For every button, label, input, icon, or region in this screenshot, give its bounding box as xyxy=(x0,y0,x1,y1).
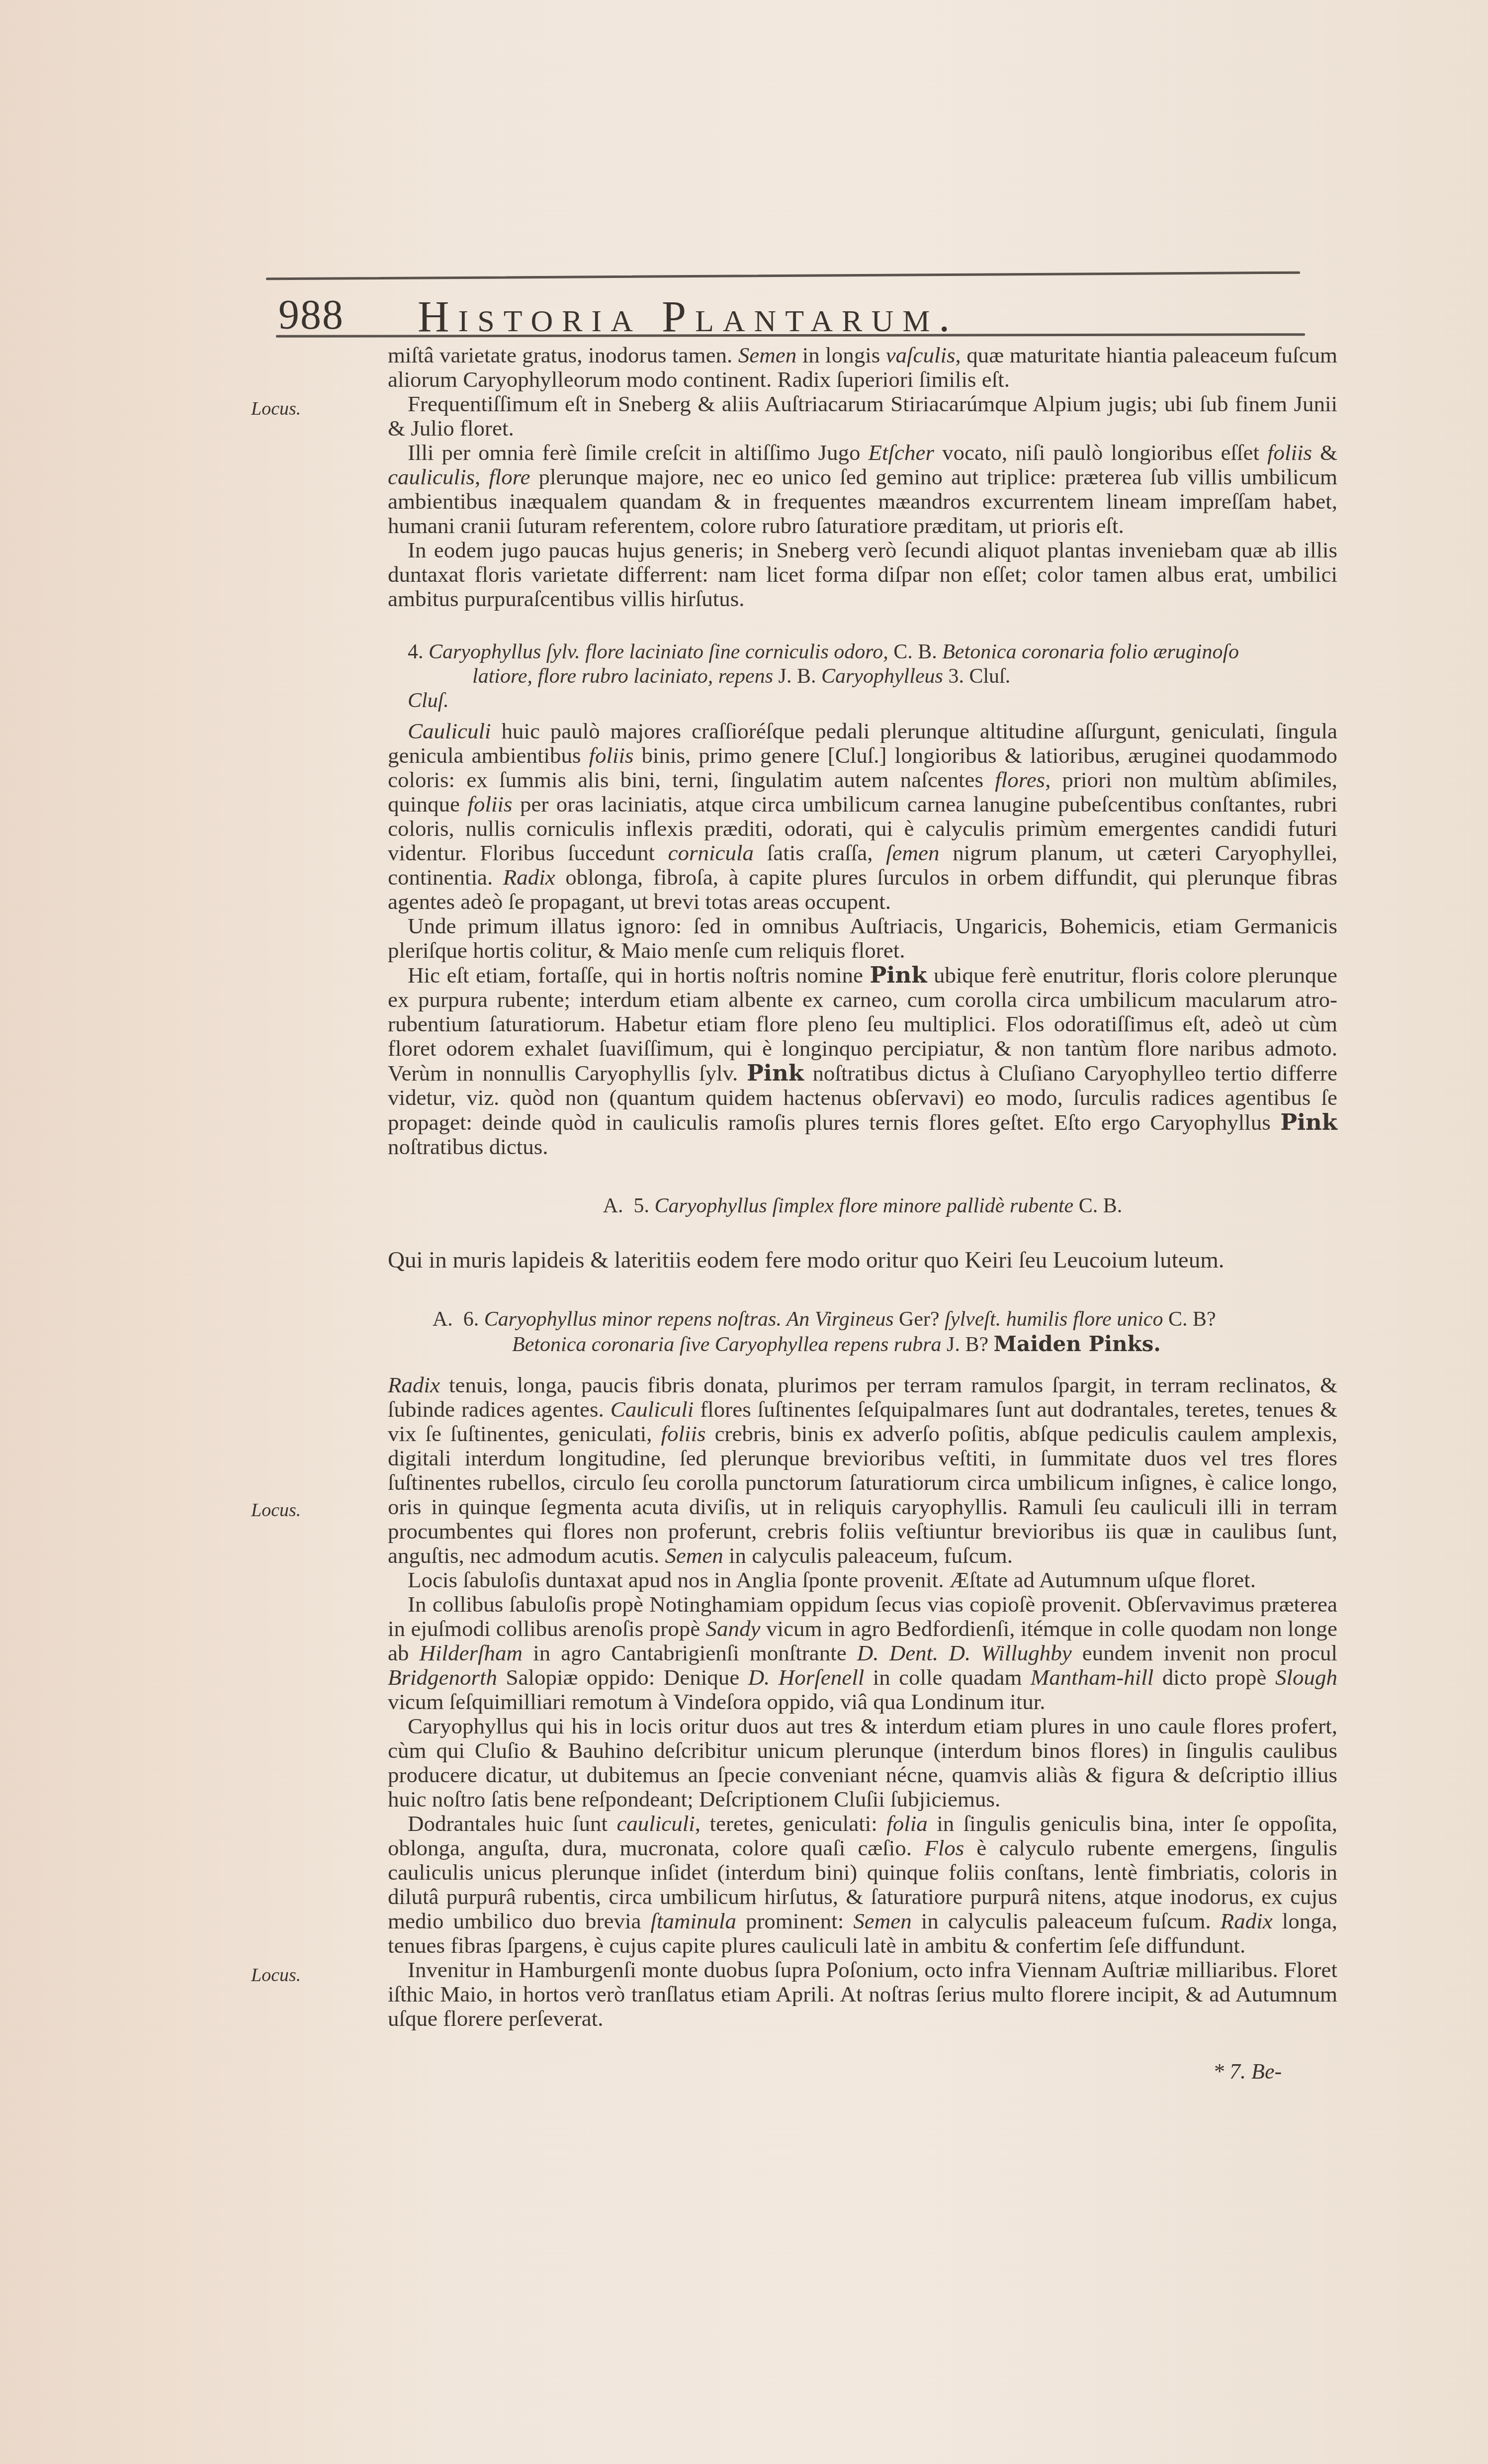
paragraph: In collibus ſabuloſis propè Notinghamiam… xyxy=(388,1592,1337,1714)
paragraph: Dodrantales huic ſunt cauliculi, teretes… xyxy=(388,1812,1337,1958)
paragraph: In eodem jugo paucas hujus generis; in S… xyxy=(388,538,1337,611)
header-rule-top xyxy=(266,272,1300,280)
paragraph: Invenitur in Hamburgenſi monte duobus ſu… xyxy=(388,1958,1337,2031)
margin-note-locus: Locus. xyxy=(251,1964,301,1986)
paragraph: Radix tenuis, longa, paucis fibris donat… xyxy=(388,1373,1337,1568)
main-text: miſtâ varietate gratus, inodorus tamen. … xyxy=(388,343,1337,2031)
catchword: * 7. Be- xyxy=(1213,2059,1282,2084)
paragraph: Unde primum illatus ignoro: ſed in omnib… xyxy=(388,914,1337,963)
paragraph: Hic eſt etiam, fortaſſe, qui in hortis n… xyxy=(388,963,1337,1159)
species-entry-4: 4. Caryophyllus ſylv. flore laciniato ſi… xyxy=(388,640,1337,713)
paragraph: Locis ſabuloſis duntaxat apud nos in Ang… xyxy=(388,1568,1337,1592)
paragraph: Frequentiſſimum eſt in Sneberg & aliis A… xyxy=(388,392,1337,441)
paragraph: Cauliculi huic paulò majores craſſioréſq… xyxy=(388,719,1337,914)
species-entry-5: A. 5. Caryophyllus ſimplex flore minore … xyxy=(388,1194,1337,1218)
book-page: 988 Historia Plantarum. Locus. Locus. Lo… xyxy=(0,0,1488,2464)
paragraph: Illi per omnia ferè ſimile creſcit in al… xyxy=(388,441,1337,538)
paragraph: miſtâ varietate gratus, inodorus tamen. … xyxy=(388,343,1337,392)
species-entry-6: A. 6. Caryophyllus minor repens noſtras.… xyxy=(388,1307,1337,1357)
margin-note-locus: Locus. xyxy=(251,1499,301,1521)
page-number: 988 xyxy=(278,291,344,339)
margin-note-locus: Locus. xyxy=(251,398,301,420)
paragraph: Qui in muris lapideis & lateritiis eodem… xyxy=(388,1248,1337,1273)
paragraph: Caryophyllus qui his in locis oritur duo… xyxy=(388,1714,1337,1812)
page-header: 988 Historia Plantarum. xyxy=(268,286,1293,331)
